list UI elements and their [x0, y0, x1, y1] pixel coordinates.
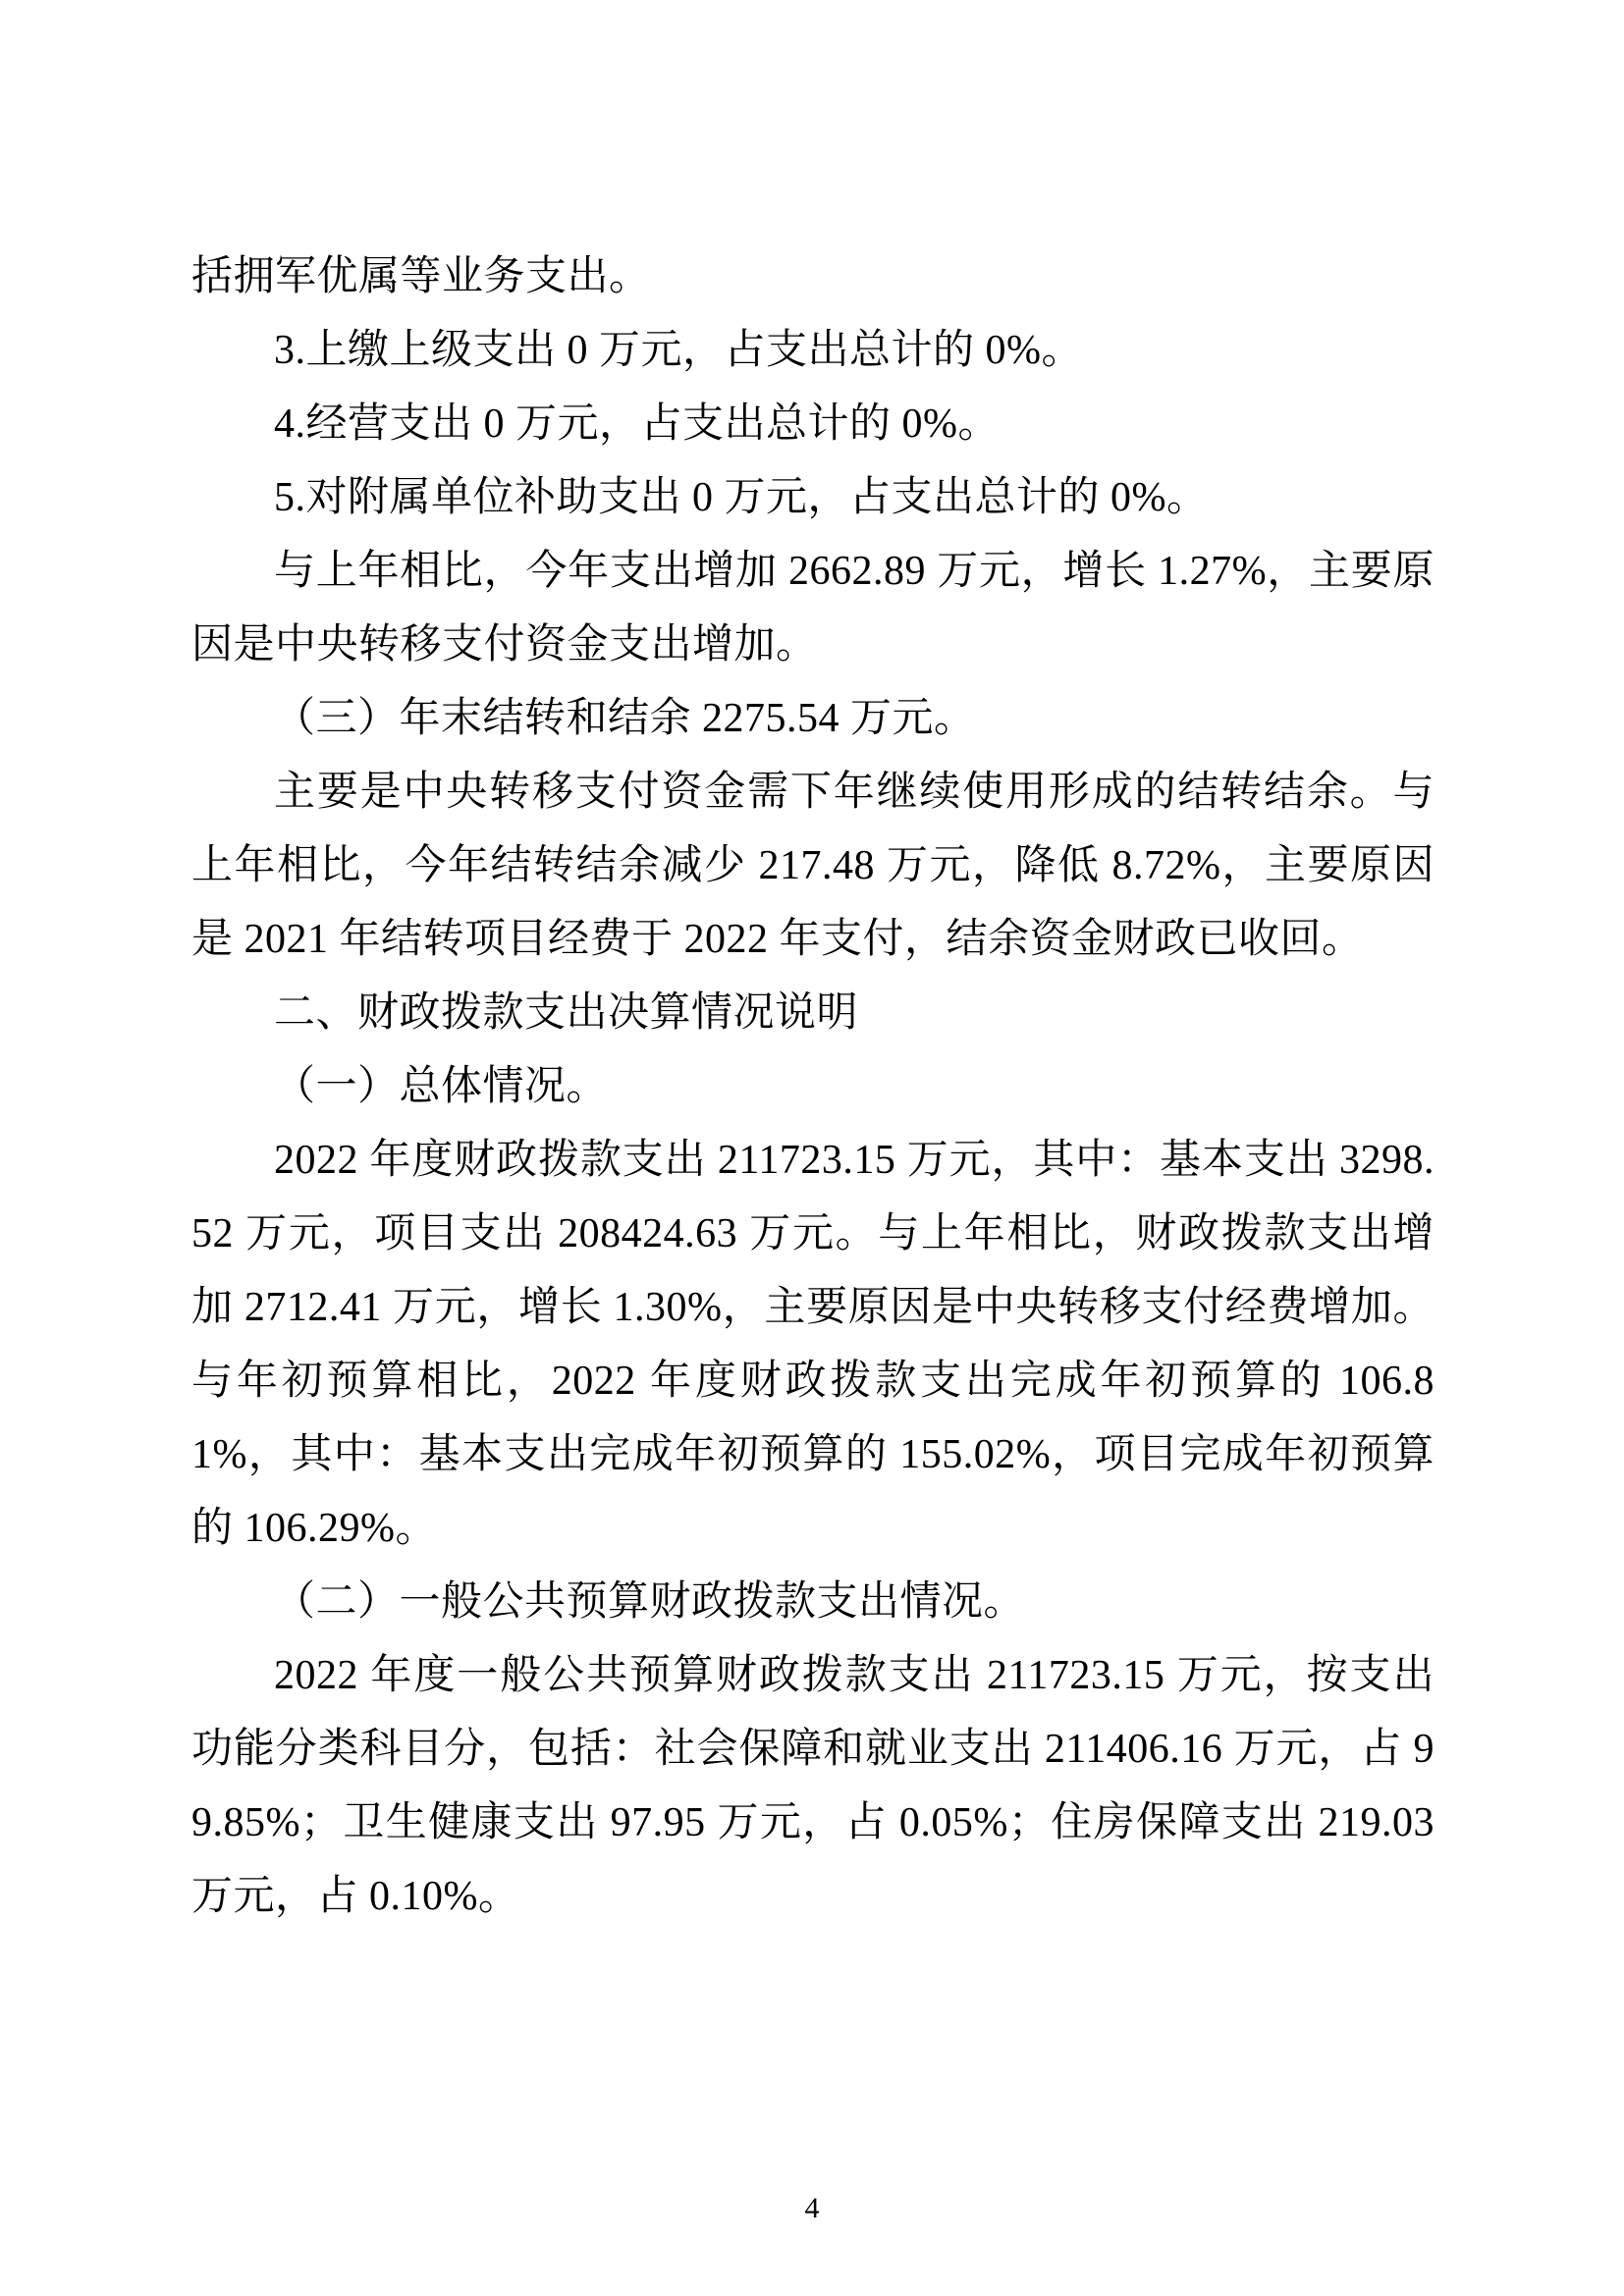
section-heading-overall: （一）总体情况。	[191, 1050, 1435, 1124]
document-body: 括拥军优属等业务支出。 3.上缴上级支出 0 万元，占支出总计的 0%。 4.经…	[191, 240, 1435, 1934]
document-page: 括拥军优属等业务支出。 3.上缴上级支出 0 万元，占支出总计的 0%。 4.经…	[0, 0, 1624, 2296]
paragraph-overall-detail: 2022 年度财政拨款支出 211723.15 万元，其中：基本支出 3298.…	[191, 1124, 1435, 1566]
paragraph-continuation: 括拥军优属等业务支出。	[191, 240, 1435, 314]
page-number: 4	[805, 2192, 820, 2224]
list-item-3: 3.上缴上级支出 0 万元，占支出总计的 0%。	[191, 314, 1435, 388]
paragraph-carryover-detail: 主要是中央转移支付资金需下年继续使用形成的结转结余。与上年相比，今年结转结余减少…	[191, 756, 1435, 977]
paragraph-yoy-expense: 与上年相比，今年支出增加 2662.89 万元，增长 1.27%，主要原因是中央…	[191, 535, 1435, 682]
list-item-4: 4.经营支出 0 万元，占支出总计的 0%。	[191, 388, 1435, 461]
section-heading-general-budget: （二）一般公共预算财政拨款支出情况。	[191, 1566, 1435, 1639]
list-item-5: 5.对附属单位补助支出 0 万元，占支出总计的 0%。	[191, 461, 1435, 535]
paragraph-general-budget-detail: 2022 年度一般公共预算财政拨款支出 211723.15 万元，按支出功能分类…	[191, 1639, 1435, 1934]
section-heading-carryover: （三）年末结转和结余 2275.54 万元。	[191, 682, 1435, 756]
page-footer: 4	[0, 2191, 1624, 2226]
chapter-heading-fiscal-appropriation: 二、财政拨款支出决算情况说明	[191, 977, 1435, 1050]
